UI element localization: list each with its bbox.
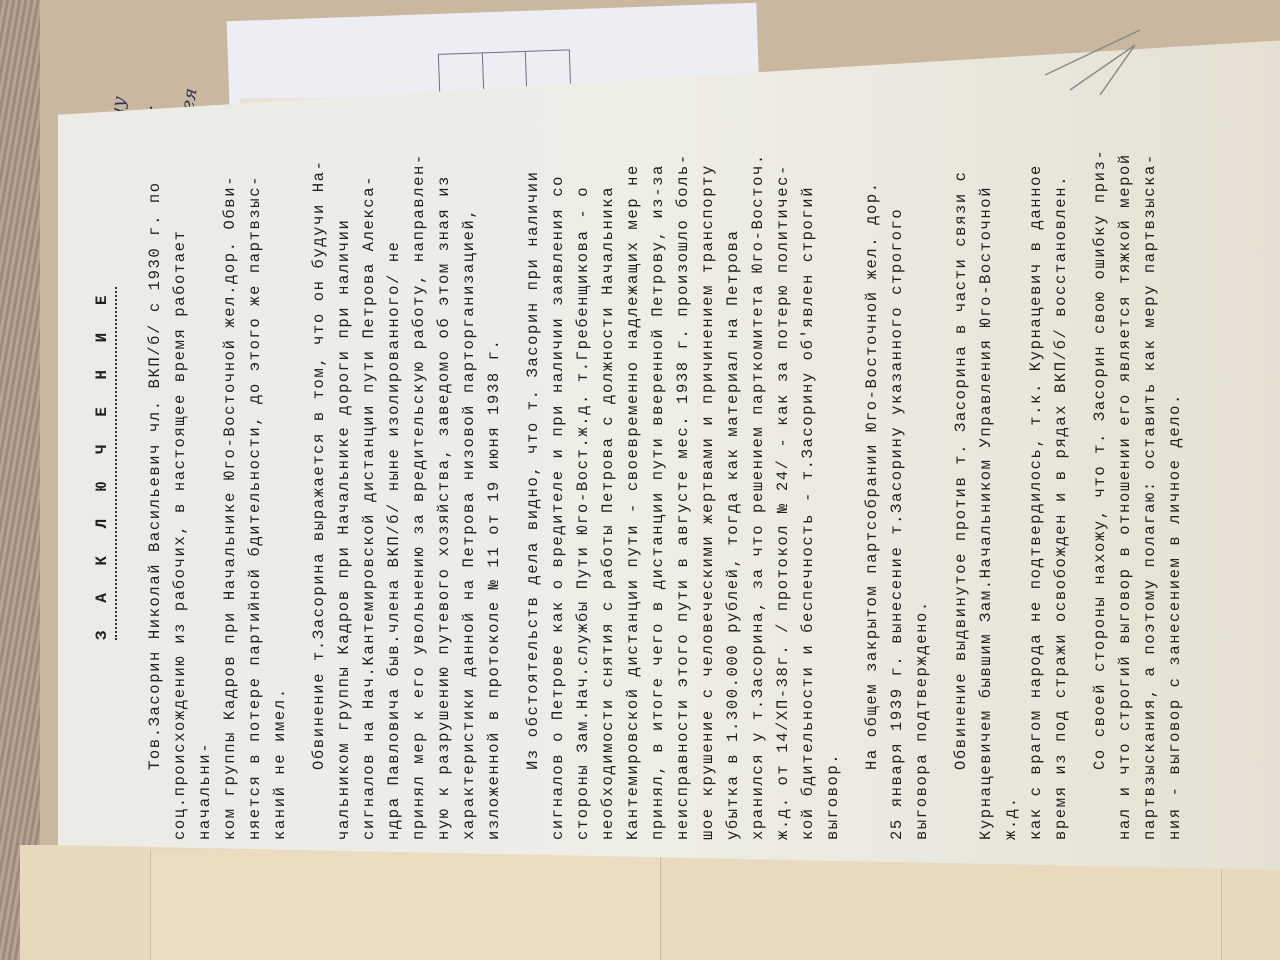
text-line: убытка в 1.300.000 рублей, тогда как мат… (721, 140, 746, 840)
text-line: ж.д. от 14/ХП-38г. / протокол № 24/ - ка… (771, 140, 796, 840)
text-line: 25 января 1939 г. вынесение т.Засорину у… (885, 140, 910, 840)
text-line: выговор. (821, 140, 846, 840)
text-line: Из обстоятельств дела видно, что т. Засо… (521, 140, 546, 840)
text-line: ния - выговор с занесением в личное дело… (1163, 140, 1188, 840)
document-body: З А К Л Ю Ч Е Н И Е Тов.Засорин Николай … (60, 100, 1220, 930)
text-line: принял мер к его увольнению за вредитель… (407, 140, 432, 840)
text-line: нал и что строгий выговор в отношении ег… (1113, 140, 1138, 840)
text-line: хранился у т.Засорина, за что решением п… (746, 140, 771, 840)
paragraph: Обвинение т.Засорина выражается в том, ч… (307, 140, 507, 840)
text-line: выговора подтверждено. (910, 140, 935, 840)
text-line: принял, в итоге чего в дистанции пути вв… (646, 140, 671, 840)
text-line: Со своей стороны нахожу, что т. Засорин … (1088, 140, 1113, 840)
document-paragraphs: Тов.Засорин Николай Васильевич чл. ВКП/б… (143, 140, 1188, 840)
paragraph: Обвинение выдвинутое против т. Засорина … (949, 140, 1074, 840)
signature-block: По поручению Кагановического Райкома ВКП… (1228, 140, 1280, 840)
text-line: характеристики данной на Петрова низовой… (457, 140, 482, 840)
text-line: няется в потере партийной бдительности, … (243, 140, 268, 840)
text-line: неисправности этого пути в августе мес. … (671, 140, 696, 840)
text-line: ндра Павловича быв.члена ВКП/б/ ныне изо… (382, 140, 407, 840)
paragraph: Со своей стороны нахожу, что т. Засорин … (1088, 140, 1188, 840)
text-line: Обвинение т.Засорина выражается в том, ч… (307, 140, 332, 840)
text-line: сигналов о Петрове как о вредителе и при… (546, 140, 571, 840)
text-line: соц.происхождению из рабочих, в настояще… (168, 140, 218, 840)
text-line: сигналов на Нач.Кантемировской дистанции… (357, 140, 382, 840)
text-line: шое крушение с человеческими жертвами и … (696, 140, 721, 840)
text-line: ком группы Кадров при Начальнике Юго-Вос… (218, 140, 243, 840)
text-line: как с врагом народа не подтвердилось, т.… (1024, 140, 1049, 840)
text-line: необходимости снятия с работы Петрова с … (596, 140, 621, 840)
pencil-mark-icon (1040, 20, 1150, 100)
document-title: З А К Л Ю Ч Е Н И Е (90, 287, 117, 640)
text-line: Тов.Засорин Николай Васильевич чл. ВКП/б… (143, 140, 168, 840)
text-line: Кантемировской дистанции пути - своеврем… (621, 140, 646, 840)
paragraph: Тов.Засорин Николай Васильевич чл. ВКП/б… (143, 140, 293, 840)
text-line: кой бдительности и беспечность - т.Засор… (796, 140, 821, 840)
text-line: каний не имел. (268, 140, 293, 840)
paragraph: Из обстоятельств дела видно, что т. Засо… (521, 140, 846, 840)
text-line: время из под стражи освобожден и в рядах… (1049, 140, 1074, 840)
text-line: На общем закрытом партсобрании Юго-Восто… (860, 140, 885, 840)
text-line: изложенной в протоколе № 11 от 19 июня 1… (482, 140, 507, 840)
text-line: Курнацевичем бывшим Зам.Начальником Упра… (974, 140, 1024, 840)
paragraph: На общем закрытом партсобрании Юго-Восто… (860, 140, 935, 840)
text-line: стороны Зам.Нач.службы Пути Юго-Вост.ж.д… (571, 140, 596, 840)
text-line: ную к разрушению путевого хозяйства, зав… (432, 140, 457, 840)
text-line: Обвинение выдвинутое против т. Засорина … (949, 140, 974, 840)
text-line: партвзыскания, а поэтому полагаю: остави… (1138, 140, 1163, 840)
text-line: чальником группы Кадров при Начальнике д… (332, 140, 357, 840)
